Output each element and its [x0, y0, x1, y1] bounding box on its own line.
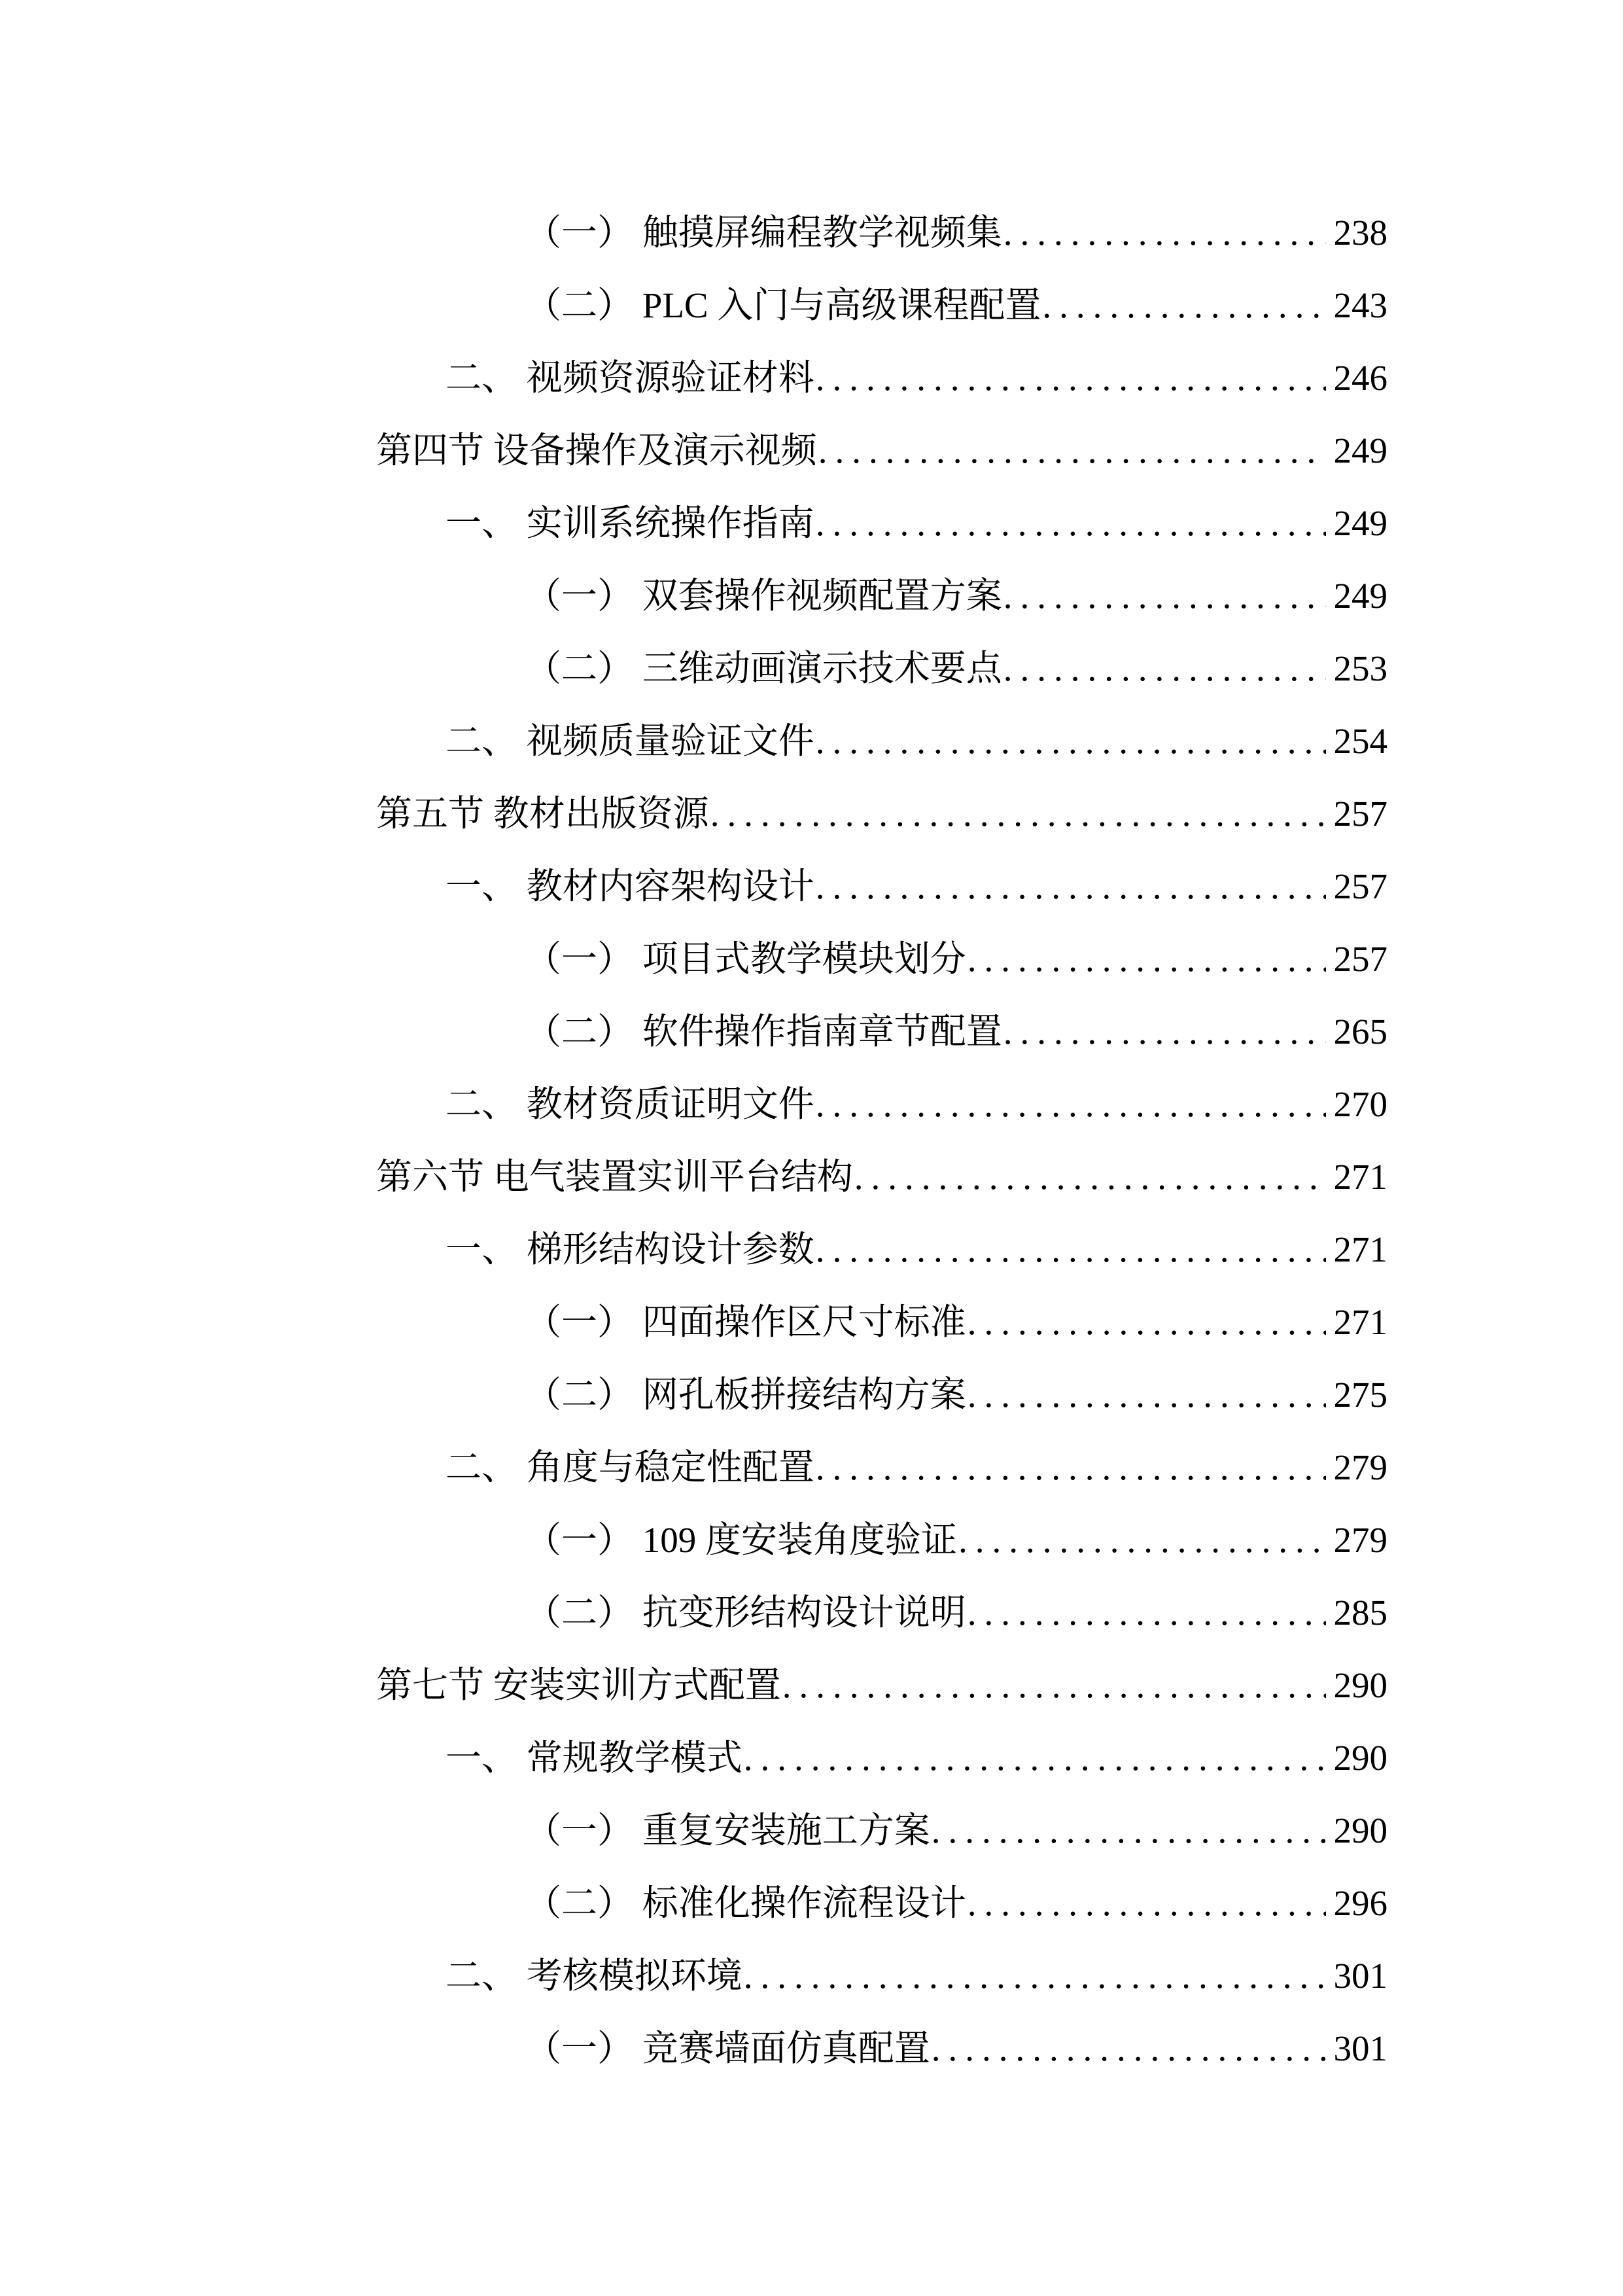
toc-entry-page: 271 — [1326, 1140, 1388, 1213]
toc-entry: （一） 竞赛墙面仿真配置 ...........................… — [0, 2012, 1623, 2085]
toc-entry-page: 301 — [1326, 2012, 1388, 2085]
toc-entry-label: 第六节 电气装置实训平台结构 — [376, 1140, 853, 1213]
dot-leader: ........................................… — [966, 1286, 1326, 1358]
toc-entry-page: 285 — [1326, 1576, 1388, 1649]
toc-entry-page: 238 — [1326, 196, 1388, 269]
toc-entry-page: 275 — [1326, 1358, 1388, 1431]
toc-entry: 一、 梯形结构设计参数 ............................… — [0, 1213, 1623, 1286]
toc-entry-label: 第五节 教材出版资源 — [376, 777, 709, 850]
toc-entry-page: 253 — [1326, 632, 1388, 705]
toc-entry-label: 第七节 安装实训方式配置 — [376, 1649, 781, 1722]
toc-entry-page: 249 — [1326, 414, 1388, 487]
toc-entry-page: 257 — [1326, 850, 1388, 923]
toc-entry: （二） 网孔板拼接结构方案 ..........................… — [0, 1358, 1623, 1431]
toc-entry: 二、 视频资源验证材料 ............................… — [0, 342, 1623, 414]
toc-entry: 第四节 设备操作及演示视频 ..........................… — [0, 414, 1623, 487]
dot-leader: ........................................… — [709, 777, 1326, 850]
toc-entry: 二、 角度与稳定性配置 ............................… — [0, 1431, 1623, 1504]
toc-entry: 第五节 教材出版资源 .............................… — [0, 777, 1623, 850]
toc-entry-page: 290 — [1326, 1722, 1388, 1794]
toc-entry-page: 296 — [1326, 1867, 1388, 1939]
toc-entry: 一、 实训系统操作指南 ............................… — [0, 487, 1623, 559]
toc-entry: 一、 常规教学模式 ..............................… — [0, 1722, 1623, 1794]
toc-entry: （一） 双套操作视频配置方案 .........................… — [0, 559, 1623, 632]
toc-entry-label: （一） 四面操作区尺寸标准 — [525, 1286, 966, 1358]
dot-leader: ........................................… — [957, 1504, 1325, 1576]
toc-entry-label: （一） 双套操作视频配置方案 — [525, 559, 1002, 632]
toc-entry-page: 257 — [1326, 923, 1388, 995]
toc-entry-label: （二） 网孔板拼接结构方案 — [525, 1358, 966, 1431]
toc-entry-label: （一） 触摸屏编程教学视频集 — [525, 196, 1002, 269]
toc-entry-page: 249 — [1326, 559, 1388, 632]
toc-entry-page: 265 — [1326, 995, 1388, 1068]
toc-entry-page: 243 — [1326, 269, 1388, 342]
toc-entry-label: （二） 标准化操作流程设计 — [525, 1867, 966, 1939]
dot-leader: ........................................… — [742, 1722, 1326, 1794]
toc-entry-label: 一、 梯形结构设计参数 — [445, 1213, 814, 1286]
toc-entry-page: 279 — [1326, 1504, 1388, 1576]
toc-entry: 二、 视频质量验证文件 ............................… — [0, 705, 1623, 777]
toc-entry-label: 一、 教材内容架构设计 — [445, 850, 814, 923]
table-of-contents: （一） 触摸屏编程教学视频集 .........................… — [0, 196, 1623, 2085]
dot-leader: ........................................… — [814, 487, 1326, 559]
toc-entry: （一） 重复安装施工方案 ...........................… — [0, 1794, 1623, 1867]
dot-leader: ........................................… — [1002, 196, 1326, 269]
dot-leader: ........................................… — [742, 1939, 1326, 2012]
toc-entry: 二、 考核模拟环境 ..............................… — [0, 1939, 1623, 2012]
dot-leader: ........................................… — [817, 414, 1326, 487]
toc-entry-label: 二、 教材资质证明文件 — [445, 1068, 814, 1140]
toc-entry: （二） 软件操作指南章节配置 .........................… — [0, 995, 1623, 1068]
toc-entry: 二、 教材资质证明文件 ............................… — [0, 1068, 1623, 1140]
toc-entry-label: 一、 实训系统操作指南 — [445, 487, 814, 559]
toc-entry-label: （二） 抗变形结构设计说明 — [525, 1576, 966, 1649]
toc-entry-page: 249 — [1326, 487, 1388, 559]
toc-entry: （一） 触摸屏编程教学视频集 .........................… — [0, 196, 1623, 269]
toc-entry: （二） 标准化操作流程设计 ..........................… — [0, 1867, 1623, 1939]
toc-entry-page: 270 — [1326, 1068, 1388, 1140]
dot-leader: ........................................… — [966, 1867, 1326, 1939]
toc-entry-label: 二、 考核模拟环境 — [445, 1939, 742, 2012]
toc-entry-page: 246 — [1326, 342, 1388, 414]
toc-entry-page: 271 — [1326, 1213, 1388, 1286]
toc-entry: （二） PLC 入门与高级课程配置 ......................… — [0, 269, 1623, 342]
toc-entry: （一） 四面操作区尺寸标准 ..........................… — [0, 1286, 1623, 1358]
dot-leader: ........................................… — [1041, 269, 1325, 342]
toc-entry-page: 257 — [1326, 777, 1388, 850]
toc-entry-page: 290 — [1326, 1649, 1388, 1722]
document-page: （一） 触摸屏编程教学视频集 .........................… — [0, 0, 1623, 2296]
toc-entry-label: 二、 视频资源验证材料 — [445, 342, 814, 414]
dot-leader: ........................................… — [814, 1431, 1326, 1504]
toc-entry-page: 279 — [1326, 1431, 1388, 1504]
toc-entry: 一、 教材内容架构设计 ............................… — [0, 850, 1623, 923]
dot-leader: ........................................… — [966, 1358, 1326, 1431]
dot-leader: ........................................… — [1002, 995, 1326, 1068]
toc-entry: （一） 项目式教学模块划分 ..........................… — [0, 923, 1623, 995]
dot-leader: ........................................… — [814, 705, 1326, 777]
toc-entry: 第七节 安装实训方式配置 ...........................… — [0, 1649, 1623, 1722]
toc-entry-label: 二、 视频质量验证文件 — [445, 705, 814, 777]
toc-entry-label: 第四节 设备操作及演示视频 — [376, 414, 817, 487]
toc-entry-label: 二、 角度与稳定性配置 — [445, 1431, 814, 1504]
toc-entry: 第六节 电气装置实训平台结构 .........................… — [0, 1140, 1623, 1213]
toc-entry-page: 254 — [1326, 705, 1388, 777]
toc-entry-label: （一） 重复安装施工方案 — [525, 1794, 930, 1867]
dot-leader: ........................................… — [930, 1794, 1326, 1867]
toc-entry-page: 301 — [1326, 1939, 1388, 2012]
toc-entry-label: （一） 109 度安装角度验证 — [525, 1504, 957, 1576]
toc-entry-label: （二） 软件操作指南章节配置 — [525, 995, 1002, 1068]
toc-entry-label: 一、 常规教学模式 — [445, 1722, 742, 1794]
toc-entry-label: （二） PLC 入门与高级课程配置 — [525, 269, 1041, 342]
dot-leader: ........................................… — [966, 1576, 1326, 1649]
dot-leader: ........................................… — [814, 1068, 1326, 1140]
toc-entry: （一） 109 度安装角度验证 ........................… — [0, 1504, 1623, 1576]
toc-entry-label: （二） 三维动画演示技术要点 — [525, 632, 1002, 705]
dot-leader: ........................................… — [814, 342, 1326, 414]
toc-entry-page: 290 — [1326, 1794, 1388, 1867]
dot-leader: ........................................… — [966, 923, 1326, 995]
dot-leader: ........................................… — [814, 850, 1326, 923]
dot-leader: ........................................… — [1002, 559, 1326, 632]
toc-entry: （二） 三维动画演示技术要点 .........................… — [0, 632, 1623, 705]
toc-entry: （二） 抗变形结构设计说明 ..........................… — [0, 1576, 1623, 1649]
toc-entry-label: （一） 项目式教学模块划分 — [525, 923, 966, 995]
dot-leader: ........................................… — [930, 2012, 1326, 2085]
toc-entry-page: 271 — [1326, 1286, 1388, 1358]
toc-entry-label: （一） 竞赛墙面仿真配置 — [525, 2012, 930, 2085]
dot-leader: ........................................… — [781, 1649, 1326, 1722]
dot-leader: ........................................… — [814, 1213, 1326, 1286]
dot-leader: ........................................… — [853, 1140, 1326, 1213]
dot-leader: ........................................… — [1002, 632, 1326, 705]
